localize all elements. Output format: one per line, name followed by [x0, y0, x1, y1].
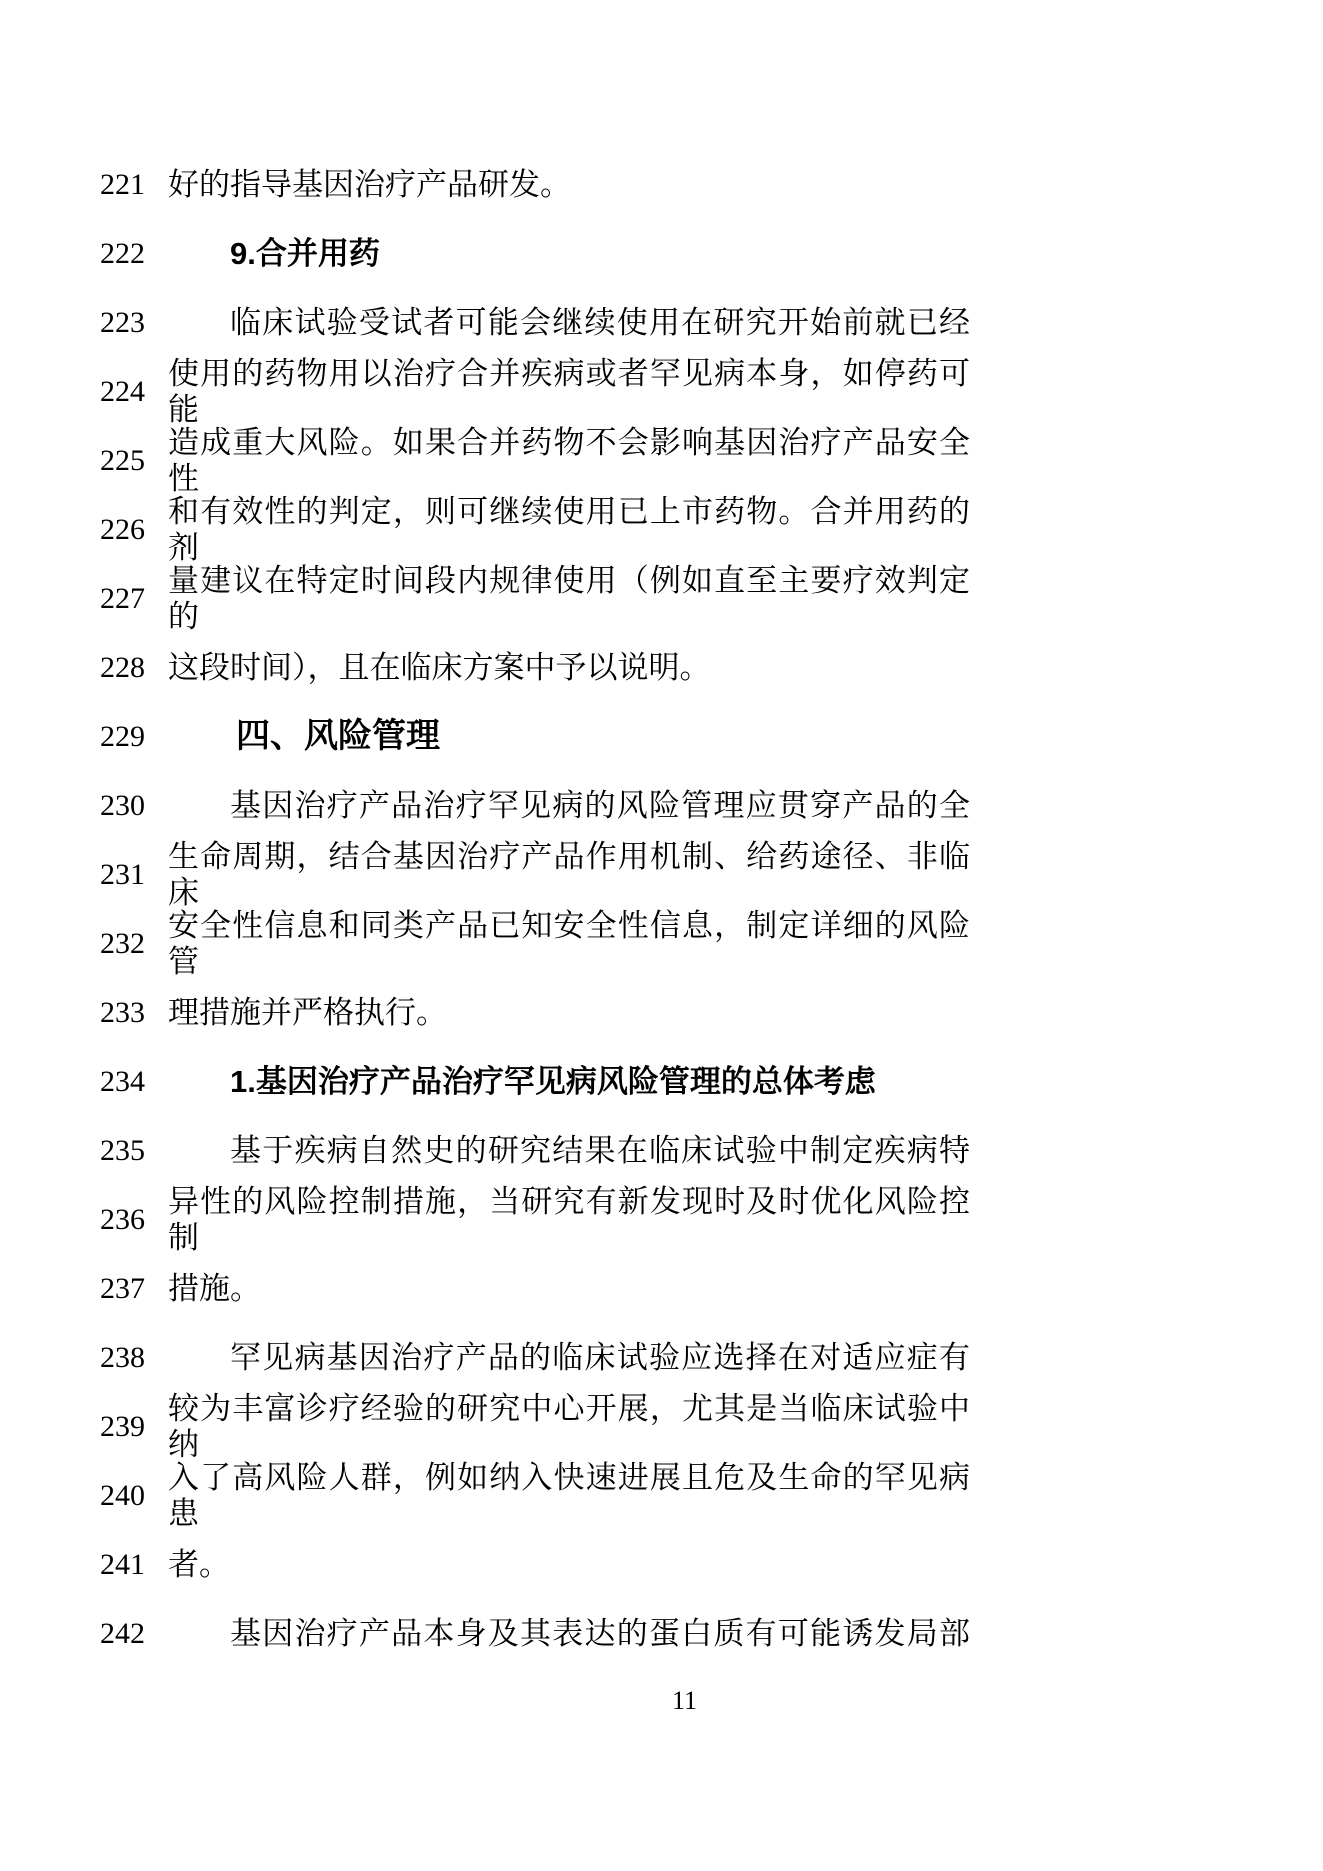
line-number: 236 [100, 1205, 168, 1235]
line-number: 228 [100, 653, 168, 683]
line-row: 236异性的风险控制措施，当研究有新发现时及时优化风险控制 [100, 1185, 970, 1254]
line-row: 238罕见病基因治疗产品的临床试验应选择在对适应症有 [100, 1323, 970, 1392]
heading-text: 9.合并用药 [168, 236, 970, 272]
text-body: 221好的指导基因治疗产品研发。2229.合并用药223临床试验受试者可能会继续… [100, 150, 970, 1668]
line-text: 异性的风险控制措施，当研究有新发现时及时优化风险控制 [168, 1184, 970, 1255]
line-number: 239 [100, 1412, 168, 1442]
line-number: 232 [100, 929, 168, 959]
line-text: 理措施并严格执行。 [168, 995, 970, 1031]
line-row: 221好的指导基因治疗产品研发。 [100, 150, 970, 219]
line-text: 安全性信息和同类产品已知安全性信息，制定详细的风险管 [168, 908, 970, 979]
line-number: 229 [100, 722, 168, 752]
line-number: 233 [100, 998, 168, 1028]
line-number: 240 [100, 1481, 168, 1511]
line-text: 临床试验受试者可能会继续使用在研究开始前就已经 [168, 305, 970, 341]
line-text: 和有效性的判定，则可继续使用已上市药物。合并用药的剂 [168, 494, 970, 565]
line-text: 好的指导基因治疗产品研发。 [168, 167, 970, 203]
line-number: 238 [100, 1343, 168, 1373]
line-row: 225造成重大风险。如果合并药物不会影响基因治疗产品安全性 [100, 426, 970, 495]
line-row: 230基因治疗产品治疗罕见病的风险管理应贯穿产品的全 [100, 771, 970, 840]
line-row: 223临床试验受试者可能会继续使用在研究开始前就已经 [100, 288, 970, 357]
line-number: 237 [100, 1274, 168, 1304]
line-number: 241 [100, 1550, 168, 1580]
line-row: 237措施。 [100, 1254, 970, 1323]
line-number: 223 [100, 308, 168, 338]
line-row: 224使用的药物用以治疗合并疾病或者罕见病本身，如停药可能 [100, 357, 970, 426]
line-text: 这段时间），且在临床方案中予以说明。 [168, 650, 970, 686]
line-text: 者。 [168, 1547, 970, 1583]
line-number: 222 [100, 239, 168, 269]
line-number: 234 [100, 1067, 168, 1097]
line-row: 226和有效性的判定，则可继续使用已上市药物。合并用药的剂 [100, 495, 970, 564]
line-number: 235 [100, 1136, 168, 1166]
line-text: 量建议在特定时间段内规律使用（例如直至主要疗效判定的 [168, 563, 970, 634]
line-row: 241者。 [100, 1530, 970, 1599]
line-text: 造成重大风险。如果合并药物不会影响基因治疗产品安全性 [168, 425, 970, 496]
line-row: 240入了高风险人群，例如纳入快速进展且危及生命的罕见病患 [100, 1461, 970, 1530]
line-number: 230 [100, 791, 168, 821]
line-number: 221 [100, 170, 168, 200]
line-row: 2229.合并用药 [100, 219, 970, 288]
line-text: 基于疾病自然史的研究结果在临床试验中制定疾病特 [168, 1133, 970, 1169]
line-text: 基因治疗产品治疗罕见病的风险管理应贯穿产品的全 [168, 788, 970, 824]
line-text: 罕见病基因治疗产品的临床试验应选择在对适应症有 [168, 1340, 970, 1376]
document-page: 221好的指导基因治疗产品研发。2229.合并用药223临床试验受试者可能会继续… [0, 0, 1323, 1871]
line-text: 基因治疗产品本身及其表达的蛋白质有可能诱发局部 [168, 1616, 970, 1652]
page-number: 11 [23, 1688, 1323, 1714]
heading-text: 1.基因治疗产品治疗罕见病风险管理的总体考虑 [168, 1064, 970, 1100]
line-text: 措施。 [168, 1271, 970, 1307]
line-number: 242 [100, 1619, 168, 1649]
heading-text: 四、风险管理 [168, 717, 970, 756]
line-text: 使用的药物用以治疗合并疾病或者罕见病本身，如停药可能 [168, 356, 970, 427]
line-number: 225 [100, 446, 168, 476]
line-text: 较为丰富诊疗经验的研究中心开展，尤其是当临床试验中纳 [168, 1391, 970, 1462]
line-row: 242基因治疗产品本身及其表达的蛋白质有可能诱发局部 [100, 1599, 970, 1668]
line-row: 229四、风险管理 [100, 702, 970, 771]
line-text: 入了高风险人群，例如纳入快速进展且危及生命的罕见病患 [168, 1460, 970, 1531]
line-number: 227 [100, 584, 168, 614]
line-row: 228这段时间），且在临床方案中予以说明。 [100, 633, 970, 702]
line-row: 235基于疾病自然史的研究结果在临床试验中制定疾病特 [100, 1116, 970, 1185]
line-row: 227量建议在特定时间段内规律使用（例如直至主要疗效判定的 [100, 564, 970, 633]
line-row: 231生命周期，结合基因治疗产品作用机制、给药途径、非临床 [100, 840, 970, 909]
line-row: 233理措施并严格执行。 [100, 978, 970, 1047]
line-row: 239较为丰富诊疗经验的研究中心开展，尤其是当临床试验中纳 [100, 1392, 970, 1461]
line-number: 231 [100, 860, 168, 890]
line-number: 224 [100, 377, 168, 407]
line-text: 生命周期，结合基因治疗产品作用机制、给药途径、非临床 [168, 839, 970, 910]
line-number: 226 [100, 515, 168, 545]
line-row: 2341.基因治疗产品治疗罕见病风险管理的总体考虑 [100, 1047, 970, 1116]
line-row: 232安全性信息和同类产品已知安全性信息，制定详细的风险管 [100, 909, 970, 978]
